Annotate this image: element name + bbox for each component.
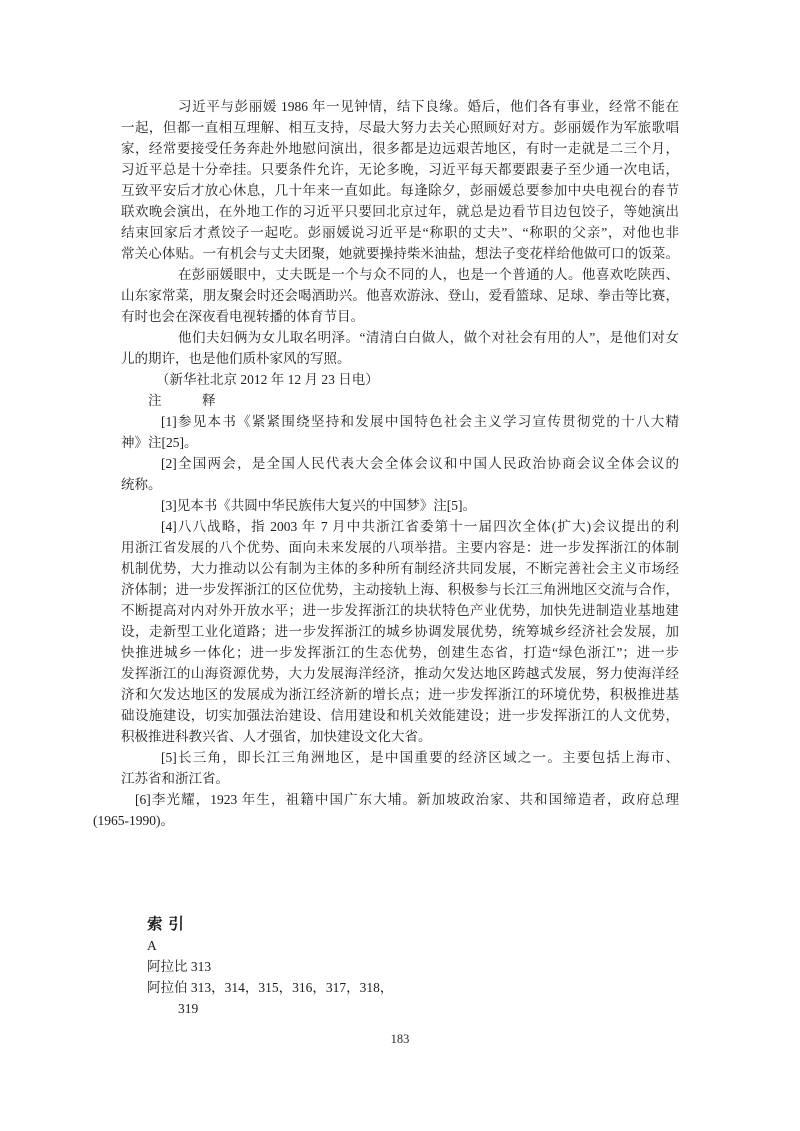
text-line: 家，经常要接受任务奔赴外地慰问演出，很多都是边远艰苦地区，有时一走就是二三个月，	[121, 138, 679, 159]
text-line: 用浙江省发展的八个优势、面向未来发展的八项举措。主要内容是：进一步发挥浙江的体制	[121, 537, 679, 558]
text-line: 儿的期许，也是他们质朴家风的写照。	[121, 348, 679, 369]
page-number: 183	[0, 1032, 800, 1047]
paragraph-ordinary-person: 在彭丽媛眼中，丈夫既是一个与众不同的人，也是一个普通的人。他喜欢吃陕西、山东家常…	[121, 264, 679, 327]
text-line: 江苏省和浙江省。	[121, 768, 679, 789]
index-line: 319	[147, 999, 567, 1020]
text-line: 一起，但都一直相互理解、相互支持，尽最大努力去关心照顾好对方。彭丽媛作为军旅歌唱	[121, 117, 679, 138]
article-text: 习近平与彭丽媛 1986 年一见钟情，结下良缘。婚后，他们各有事业，经常不能在一…	[121, 96, 679, 831]
index-entries: A阿拉比 313阿拉伯 313，314，315，316，317，318，319	[147, 936, 567, 1020]
text-line: 积极推进科教兴省、人才强省，加快建设文化大省。	[121, 726, 679, 747]
text-line: [2]全国两会，是全国人民代表大会全体会议和中国人民政治协商会议全体会议的	[121, 453, 679, 474]
text-line: 有时也会在深夜看电视转播的体育节目。	[121, 306, 679, 327]
note-1: [1]参见本书《紧紧围绕坚持和发展中国特色社会主义学习宣传贯彻党的十八大精神》注…	[121, 411, 679, 453]
text-line: 习近平总是十分牵挂。只要条件允许，无论多晚，习近平每天都要跟妻子至少通一次电话，	[121, 159, 679, 180]
note-2: [2]全国两会，是全国人民代表大会全体会议和中国人民政治协商会议全体会议的统称。	[121, 453, 679, 495]
text-line: 在彭丽媛眼中，丈夫既是一个与众不同的人，也是一个普通的人。他喜欢吃陕西、	[121, 264, 679, 285]
notes-header: 注 释	[121, 390, 679, 411]
text-line: 注 释	[121, 390, 679, 411]
index-line: 阿拉比 313	[147, 957, 567, 978]
text-line: 神》注[25]。	[121, 432, 679, 453]
text-line: [1]参见本书《紧紧围绕坚持和发展中国特色社会主义学习宣传贯彻党的十八大精	[121, 411, 679, 432]
text-line: [6]李光耀，1923 年生，祖籍中国广东大埔。新加坡政治家、共和国缔造者，政府…	[93, 789, 679, 810]
index-title: 索 引	[147, 915, 567, 936]
text-line: 互致平安后才放心休息，几十年来一直如此。每逢除夕，彭丽媛总要参加中央电视台的春节	[121, 180, 679, 201]
document-page: 习近平与彭丽媛 1986 年一见钟情，结下良缘。婚后，他们各有事业，经常不能在一…	[0, 0, 800, 1131]
text-line: 济体制；进一步发挥浙江的区位优势，主动接轨上海、积极参与长江三角洲地区交流与合作…	[121, 579, 679, 600]
text-line: 常关心体贴。一有机会与丈夫团聚，她就要操持柴米油盐，想法子变花样给他做可口的饭菜…	[121, 243, 679, 264]
index-line: 阿拉伯 313，314，315，316，317，318，	[147, 978, 567, 999]
text-line: 机制优势，大力推动以公有制为主体的多种所有制经济共同发展，不断完善社会主义市场经	[121, 558, 679, 579]
index-line: A	[147, 936, 567, 957]
text-line: （新华社北京 2012 年 12 月 23 日电）	[121, 369, 679, 390]
note-3: [3]见本书《共圆中华民族伟大复兴的中国梦》注[5]。	[121, 495, 679, 516]
paragraph-daughter: 他们夫妇俩为女儿取名明泽。“清清白白做人，做个对社会有用的人”，是他们对女儿的期…	[121, 327, 679, 369]
text-line: 发挥浙江的山海资源优势，大力发展海洋经济，推动欠发达地区跨越式发展，努力使海洋经	[121, 663, 679, 684]
text-line: 快推进城乡一体化；进一步发挥浙江的生态优势，创建生态省，打造“绿色浙江”；进一步	[121, 642, 679, 663]
dateline: （新华社北京 2012 年 12 月 23 日电）	[121, 369, 679, 390]
note-5: [5]长三角，即长江三角洲地区，是中国重要的经济区域之一。主要包括上海市、江苏省…	[121, 747, 679, 789]
text-line: 结束回家后才煮饺子一起吃。彭丽媛说习近平是“称职的丈夫”、“称职的父亲”，对他也…	[121, 222, 679, 243]
text-line: 济和欠发达地区的发展成为浙江经济新的增长点；进一步发挥浙江的环境优势，积极推进基	[121, 684, 679, 705]
text-line: 统称。	[121, 474, 679, 495]
note-4: [4]八八战略，指 2003 年 7 月中共浙江省委第十一届四次全体(扩大)会议…	[121, 516, 679, 747]
text-line: 联欢晚会演出，在外地工作的习近平只要回北京过年，就总是边看节目边包饺子，等她演出	[121, 201, 679, 222]
text-line: 山东家常菜，朋友聚会时还会喝酒助兴。他喜欢游泳、登山，爱看篮球、足球、拳击等比赛…	[121, 285, 679, 306]
text-line: 习近平与彭丽媛 1986 年一见钟情，结下良缘。婚后，他们各有事业，经常不能在	[121, 96, 679, 117]
text-line: 设，走新型工业化道路；进一步发挥浙江的城乡协调发展优势，统筹城乡经济社会发展，加	[121, 621, 679, 642]
text-line: [3]见本书《共圆中华民族伟大复兴的中国梦》注[5]。	[121, 495, 679, 516]
text-line: [5]长三角，即长江三角洲地区，是中国重要的经济区域之一。主要包括上海市、	[121, 747, 679, 768]
index-section: 索 引 A阿拉比 313阿拉伯 313，314，315，316，317，318，…	[147, 915, 567, 1020]
text-line: (1965-1990)。	[93, 810, 679, 831]
text-line: 他们夫妇俩为女儿取名明泽。“清清白白做人，做个对社会有用的人”，是他们对女	[121, 327, 679, 348]
note-6: [6]李光耀，1923 年生，祖籍中国广东大埔。新加坡政治家、共和国缔造者，政府…	[93, 789, 679, 831]
text-line: 不断提高对内对外开放水平；进一步发挥浙江的块状特色产业优势，加快先进制造业基地建	[121, 600, 679, 621]
text-line: [4]八八战略，指 2003 年 7 月中共浙江省委第十一届四次全体(扩大)会议…	[121, 516, 679, 537]
text-line: 础设施建设，切实加强法治建设、信用建设和机关效能建设；进一步发挥浙江的人文优势，	[121, 705, 679, 726]
paragraph-marriage: 习近平与彭丽媛 1986 年一见钟情，结下良缘。婚后，他们各有事业，经常不能在一…	[121, 96, 679, 264]
